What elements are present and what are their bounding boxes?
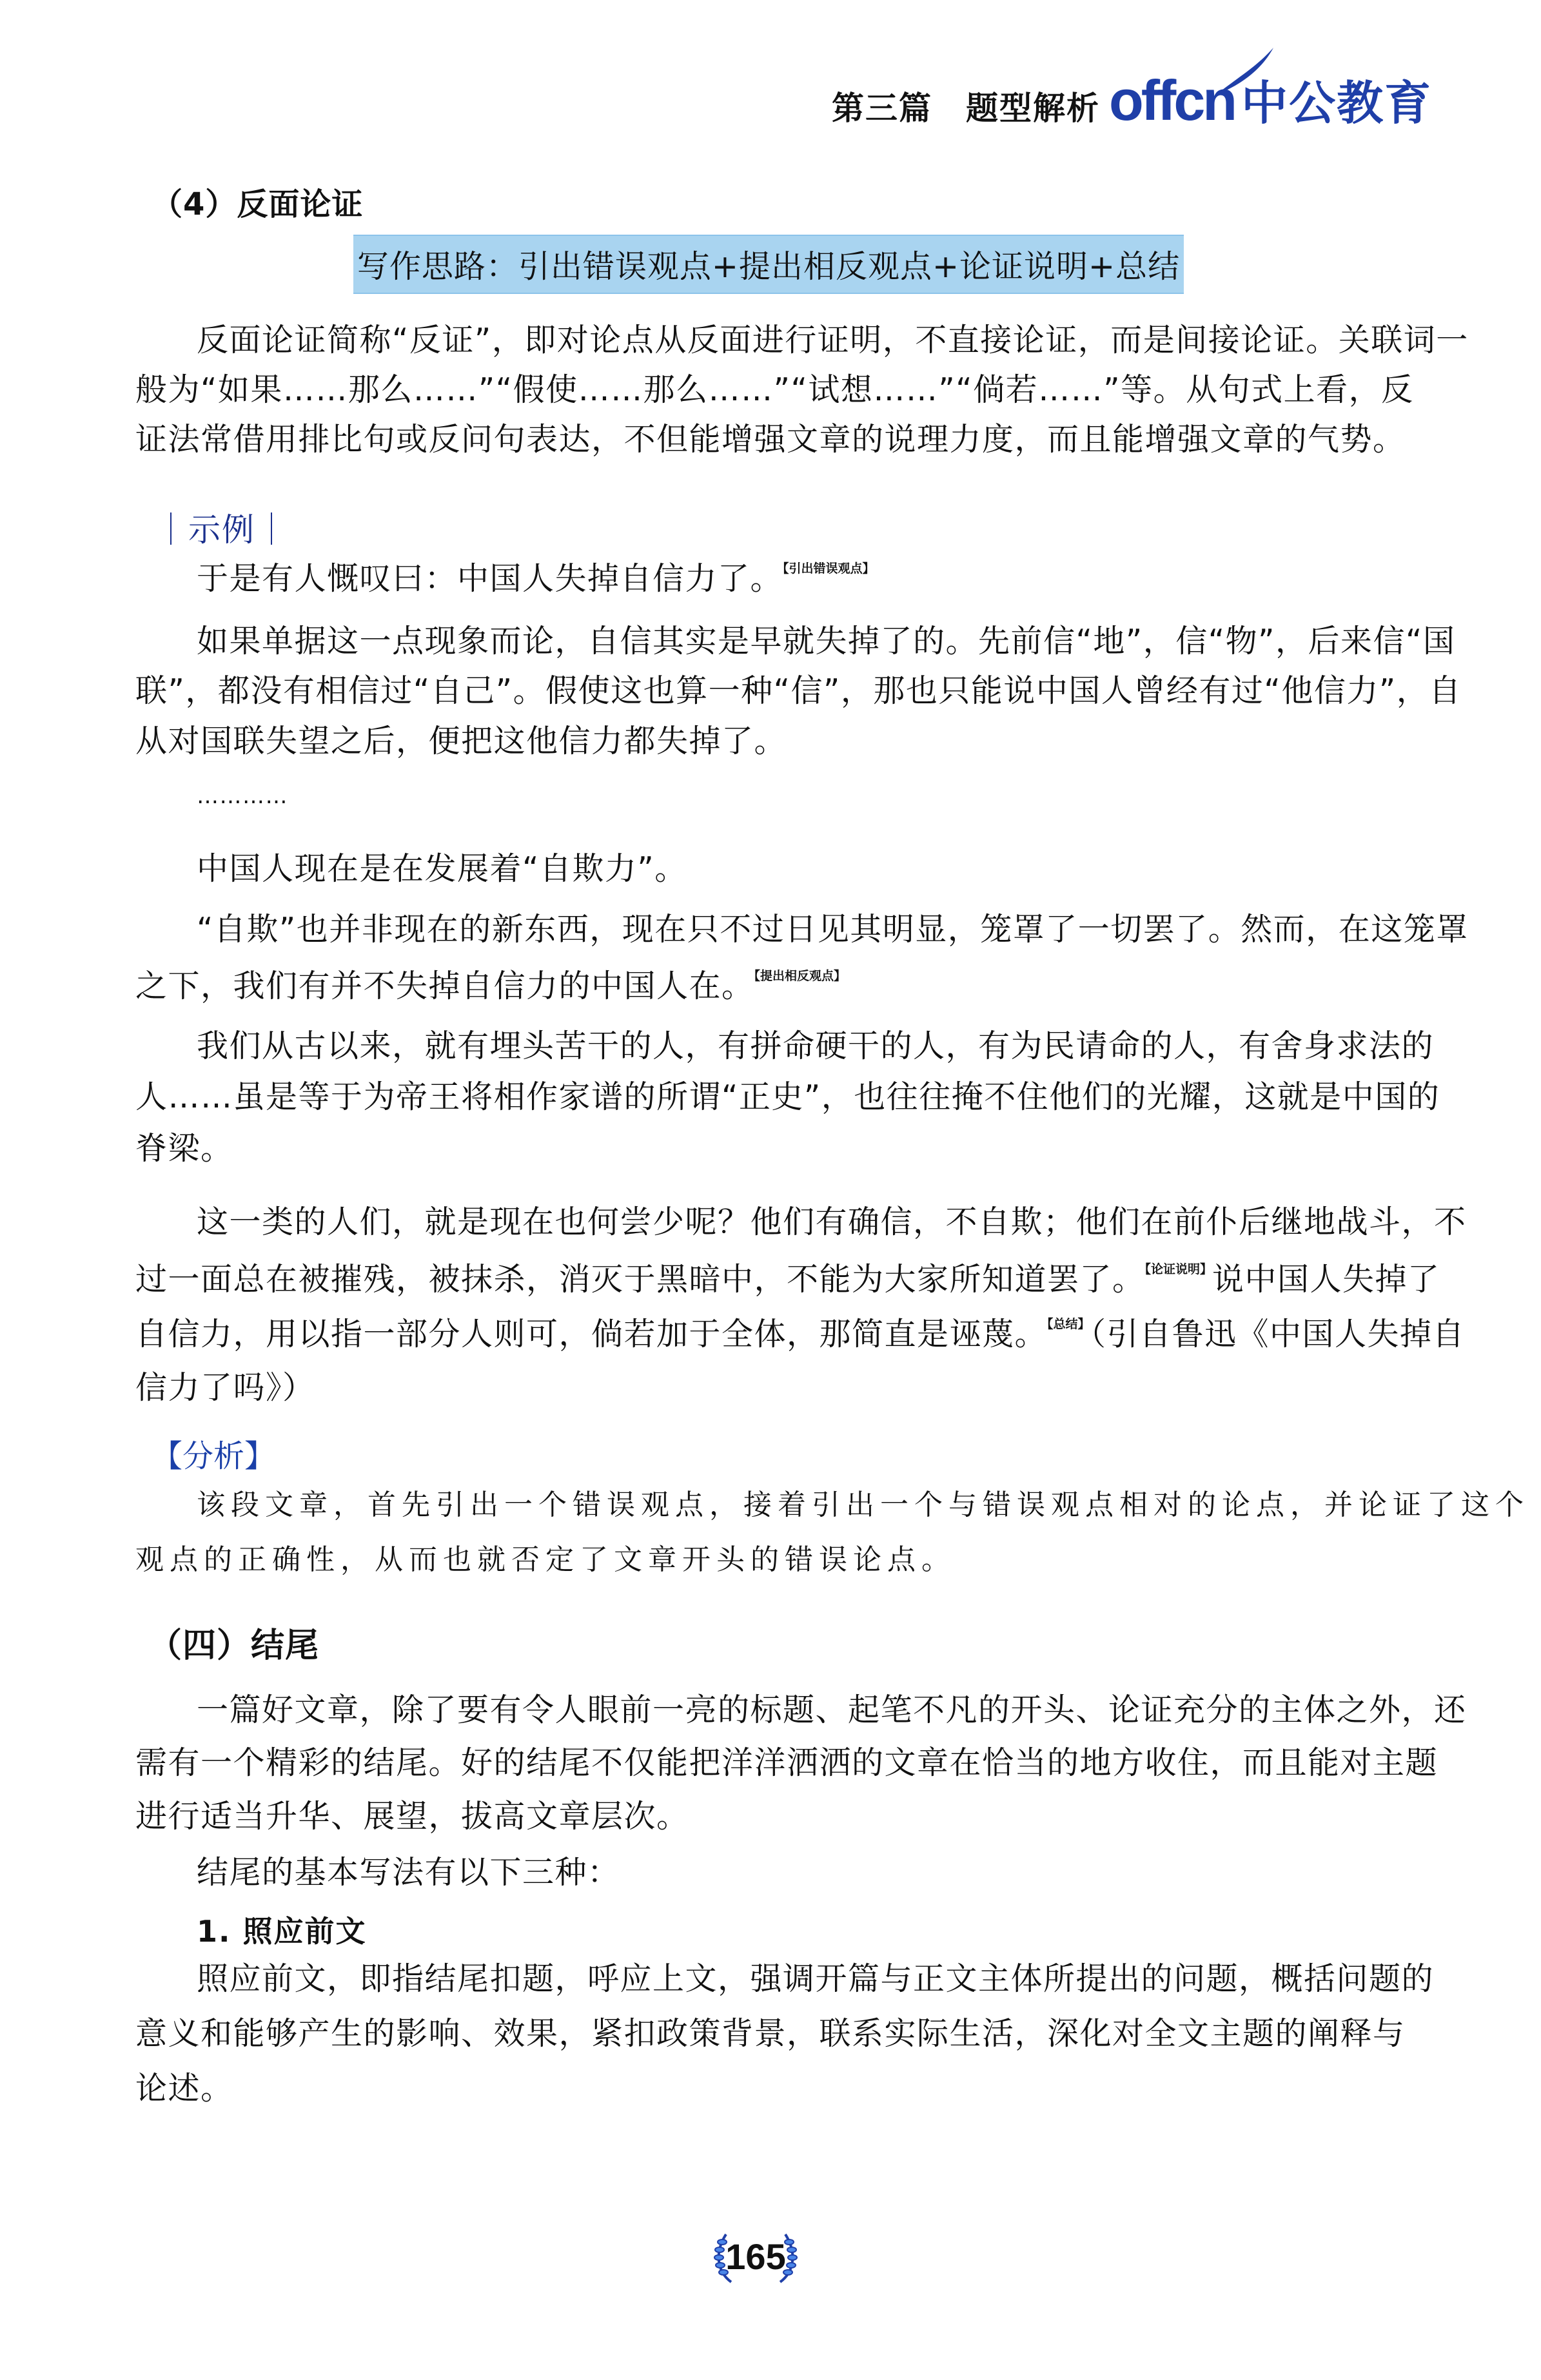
example-line: 信力了吗》） <box>135 1369 315 1407</box>
annotation-note: 【论证说明】 <box>1145 1262 1213 1276</box>
example-text: （引自鲁迅《中国人失掉自 <box>1090 1316 1466 1352</box>
example-text: 说中国人失掉了 <box>1212 1261 1440 1298</box>
writing-approach-text: 写作思路：引出错误观点+提出相反观点+论证说明+总结 <box>357 242 1180 287</box>
ending-line: 需有一个精彩的结尾。好的结尾不仅能把洋洋洒洒的文章在恰当的地方收住，而且能对主题 <box>135 1744 1438 1782</box>
example-text: 过一面总在被摧残，被抹杀，消灭于黑暗中，不能为大家所知道罢了。 <box>135 1261 1145 1298</box>
paragraph-line: 反面论证简称“反证”，即对论点从反面进行证明，不直接论证，而是间接论证。关联词一 <box>197 321 1469 360</box>
analysis-label: 【分析】 <box>152 1431 275 1476</box>
example-line: 人……虽是等于为帝王将相作家谱的所谓“正史”，也往往掩不住他们的光耀，这就是中国… <box>135 1078 1440 1117</box>
analysis-line: 该段文章，首先引出一个错误观点，接着引出一个与错误观点相对的论点，并论证了这个 <box>197 1486 1529 1525</box>
methods-intro: 结尾的基本写法有以下三种： <box>197 1853 620 1892</box>
ellipsis: ………… <box>197 777 288 815</box>
example-line: 自信力，用以指一部分人则可，倘若加于全体，那简直是诬蔑。【总结】（引自鲁迅《中国… <box>135 1315 1465 1354</box>
annotation-note: 【引出错误观点】 <box>783 561 875 576</box>
method-line: 意义和能够产生的影响、效果，紧扣政策背景，联系实际生活，深化对全文主题的阐释与 <box>135 2014 1406 2053</box>
laurel-right-icon <box>774 2232 800 2283</box>
annotation-note: 【总结】 <box>1047 1317 1090 1331</box>
example-label: ｜示例｜ <box>155 504 289 551</box>
section-heading: （4）反面论证 <box>152 179 363 224</box>
example-line: 联”，都没有相信过“自己”。假使这也算一种“信”，那也只能说中国人曾经有过“他信… <box>135 672 1462 710</box>
brand-en: offcn <box>1109 72 1235 129</box>
paragraph-line: 证法常借用排比句或反问句表达，不但能增强文章的说理力度，而且能增强文章的气势。 <box>135 420 1406 459</box>
swoosh-icon <box>1219 46 1277 92</box>
page-number: 165 <box>685 2236 827 2278</box>
example-line: 我们从古以来，就有埋头苦干的人，有拼命硬干的人，有为民请命的人，有舍身求法的 <box>197 1027 1434 1066</box>
ending-line: 一篇好文章，除了要有令人眼前一亮的标题、起笔不凡的开头、论证充分的主体之外，还 <box>197 1691 1467 1730</box>
example-line: 这一类的人们，就是现在也何尝少呢？他们有确信，不自欺；他们在前仆后继地战斗，不 <box>197 1203 1467 1242</box>
example-line: 过一面总在被摧残，被抹杀，消灭于黑暗中，不能为大家所知道罢了。【论证说明】说中国… <box>135 1260 1440 1299</box>
example-line: 从对国联失望之后，便把这他信力都失掉了。 <box>135 722 787 761</box>
example-line: 于是有人慨叹曰：中国人失掉自信力了。【引出错误观点】 <box>197 560 875 598</box>
example-line: 之下，我们有并不失掉自信力的中国人在。【提出相反观点】 <box>135 967 846 1006</box>
brand-logo: offcn 中公教育 <box>1109 72 1432 129</box>
example-line: 如果单据这一点现象而论，自信其实是早就失掉了的。先前信“地”，信“物”，后来信“… <box>197 622 1455 661</box>
example-text: 自信力，用以指一部分人则可，倘若加于全体，那简直是诬蔑。 <box>135 1316 1047 1352</box>
ending-line: 进行适当升华、展望，拔高文章层次。 <box>135 1797 689 1836</box>
method-heading: 1. 照应前文 <box>197 1908 367 1951</box>
page-number-badge: 165 <box>685 2232 827 2283</box>
example-line: 中国人现在是在发展着“自欺力”。 <box>197 850 687 888</box>
method-line: 论述。 <box>135 2069 233 2108</box>
example-line: 脊梁。 <box>135 1129 233 1168</box>
example-line: “自欺”也并非现在的新东西，现在只不过日见其明显，笼罩了一切罢了。然而，在这笼罩 <box>197 910 1469 949</box>
ending-heading: （四）结尾 <box>148 1618 319 1666</box>
analysis-line: 观点的正确性，从而也就否定了文章开头的错误论点。 <box>135 1541 956 1579</box>
example-text: 之下，我们有并不失掉自信力的中国人在。 <box>135 968 754 1004</box>
annotation-note: 【提出相反观点】 <box>754 969 847 983</box>
example-text: 于是有人慨叹曰：中国人失掉自信力了。 <box>197 560 783 597</box>
chapter-header: 第三篇 题型解析 <box>832 83 1100 129</box>
writing-approach-box: 写作思路：引出错误观点+提出相反观点+论证说明+总结 <box>353 235 1184 294</box>
paragraph-line: 般为“如果……那么……”“假使……那么……”“试想……”“倘若……”等。从句式上… <box>135 371 1414 409</box>
method-line: 照应前文，即指结尾扣题，呼应上文，强调开篇与正文主体所提出的问题，概括问题的 <box>197 1960 1434 1998</box>
